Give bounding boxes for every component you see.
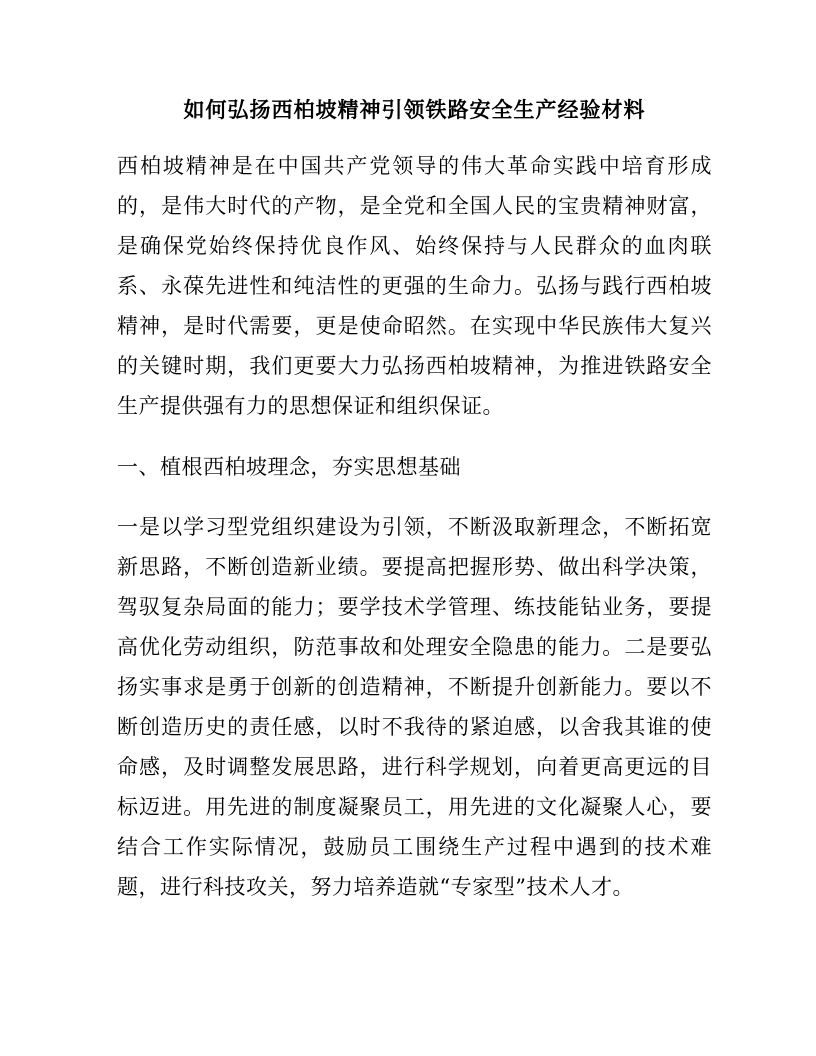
section-heading-1: 一、植根西柏坡理念，夯实思想基础 [117,447,712,487]
document-title: 如何弘扬西柏坡精神引领铁路安全生产经验材料 [117,96,712,124]
paragraph-intro: 西柏坡精神是在中国共产党领导的伟大革命实践中培育形成的，是伟大时代的产物，是全党… [117,146,712,426]
paragraph-section-1: 一是以学习型党组织建设为引领，不断汲取新理念，不断拓宽新思路，不断创造新业绩。要… [117,507,712,907]
document-page: 如何弘扬西柏坡精神引领铁路安全生产经验材料 西柏坡精神是在中国共产党领导的伟大革… [0,0,816,1056]
document-content: 如何弘扬西柏坡精神引领铁路安全生产经验材料 西柏坡精神是在中国共产党领导的伟大革… [117,96,712,907]
